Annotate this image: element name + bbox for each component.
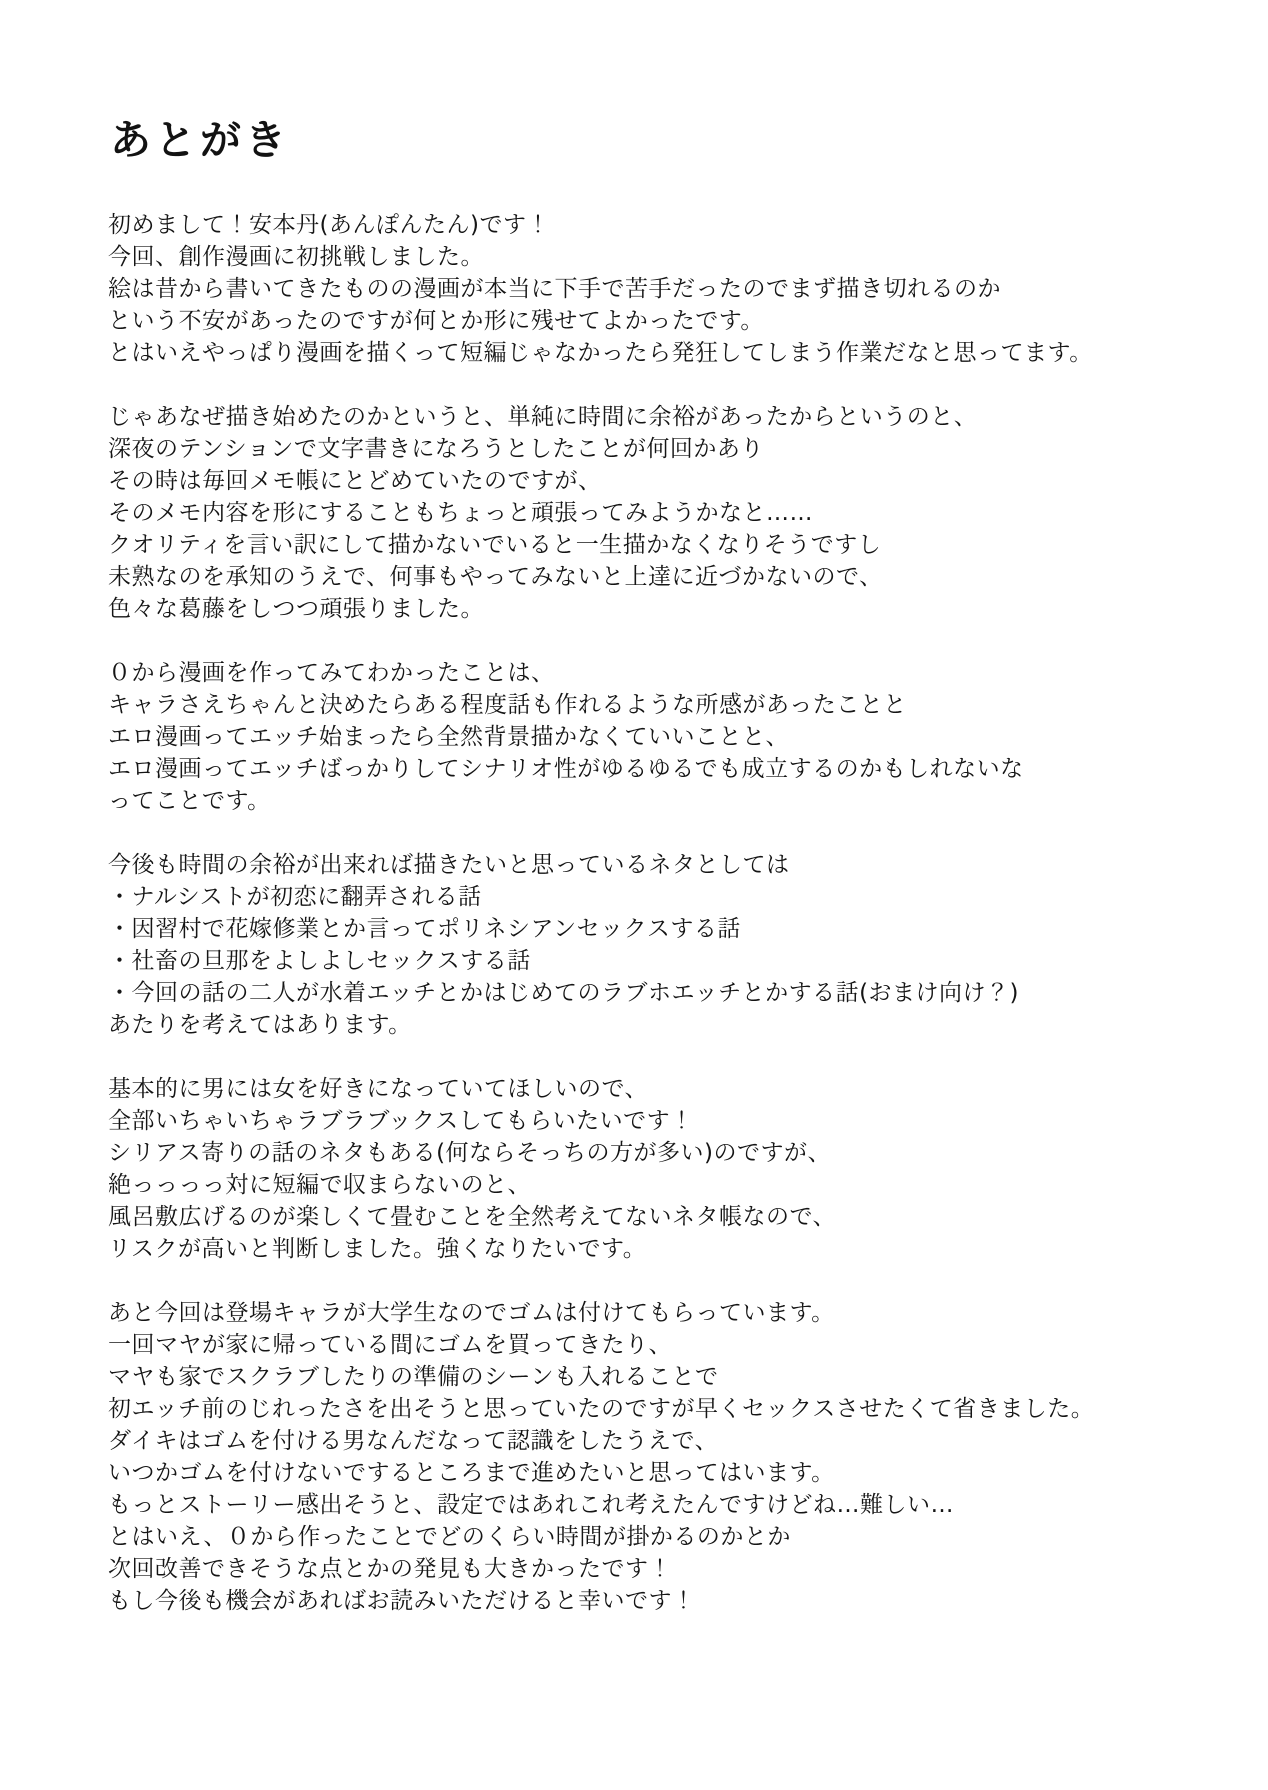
paragraph: 初めまして！安本丹(あんぽんたん)です！今回、創作漫画に初挑戦しました。絵は昔か… bbox=[108, 209, 1208, 369]
text-line: 絵は昔から書いてきたものの漫画が本当に下手で苦手だったのでまず描き切れるのか bbox=[108, 273, 1208, 305]
text-line: 絶っっっっ対に短編で収まらないのと、 bbox=[108, 1169, 1208, 1201]
text-line: 深夜のテンションで文字書きになろうとしたことが何回かあり bbox=[108, 433, 1208, 465]
text-line: 次回改善できそうな点とかの発見も大きかったです！ bbox=[108, 1553, 1208, 1585]
text-line: ・因習村で花嫁修業とか言ってポリネシアンセックスする話 bbox=[108, 913, 1208, 945]
paragraph: 基本的に男には女を好きになっていてほしいので、全部いちゃいちゃラブラブックスして… bbox=[108, 1073, 1208, 1265]
text-line: リスクが高いと判断しました。強くなりたいです。 bbox=[108, 1233, 1208, 1265]
text-line: 初エッチ前のじれったさを出そうと思っていたのですが早くセックスさせたくて省きまし… bbox=[108, 1393, 1208, 1425]
text-line: 一回マヤが家に帰っている間にゴムを買ってきたり、 bbox=[108, 1329, 1208, 1361]
text-line: とはいえ、０から作ったことでどのくらい時間が掛かるのかとか bbox=[108, 1521, 1208, 1553]
text-line: もし今後も機会があればお読みいただけると幸いです！ bbox=[108, 1585, 1208, 1617]
text-line: 全部いちゃいちゃラブラブックスしてもらいたいです！ bbox=[108, 1105, 1208, 1137]
paragraph: あと今回は登場キャラが大学生なのでゴムは付けてもらっています。一回マヤが家に帰っ… bbox=[108, 1297, 1208, 1617]
text-line: ・今回の話の二人が水着エッチとかはじめてのラブホエッチとかする話(おまけ向け？) bbox=[108, 977, 1208, 1009]
paragraph: じゃあなぜ描き始めたのかというと、単純に時間に余裕があったからというのと、深夜の… bbox=[108, 401, 1208, 625]
page-title: あとがき bbox=[110, 118, 1208, 163]
text-line: クオリティを言い訳にして描かないでいると一生描かなくなりそうですし bbox=[108, 529, 1208, 561]
afterword-page: あとがき 初めまして！安本丹(あんぽんたん)です！今回、創作漫画に初挑戦しました… bbox=[0, 0, 1268, 1790]
text-line: 風呂敷広げるのが楽しくて畳むことを全然考えてないネタ帳なので、 bbox=[108, 1201, 1208, 1233]
text-line: ダイキはゴムを付ける男なんだなって認識をしたうえで、 bbox=[108, 1425, 1208, 1457]
text-line: シリアス寄りの話のネタもある(何ならそっちの方が多い)のですが、 bbox=[108, 1137, 1208, 1169]
text-line: マヤも家でスクラブしたりの準備のシーンも入れることで bbox=[108, 1361, 1208, 1393]
text-line: 初めまして！安本丹(あんぽんたん)です！ bbox=[108, 209, 1208, 241]
text-line: いつかゴムを付けないでするところまで進めたいと思ってはいます。 bbox=[108, 1457, 1208, 1489]
text-line: 基本的に男には女を好きになっていてほしいので、 bbox=[108, 1073, 1208, 1105]
text-line: ・社畜の旦那をよしよしセックスする話 bbox=[108, 945, 1208, 977]
text-line: 今後も時間の余裕が出来れば描きたいと思っているネタとしては bbox=[108, 849, 1208, 881]
text-line: エロ漫画ってエッチばっかりしてシナリオ性がゆるゆるでも成立するのかもしれないな bbox=[108, 753, 1208, 785]
text-line: じゃあなぜ描き始めたのかというと、単純に時間に余裕があったからというのと、 bbox=[108, 401, 1208, 433]
text-line: という不安があったのですが何とか形に残せてよかったです。 bbox=[108, 305, 1208, 337]
text-line: ０から漫画を作ってみてわかったことは、 bbox=[108, 657, 1208, 689]
text-line: 未熟なのを承知のうえで、何事もやってみないと上達に近づかないので、 bbox=[108, 561, 1208, 593]
paragraph: 今後も時間の余裕が出来れば描きたいと思っているネタとしては・ナルシストが初恋に翻… bbox=[108, 849, 1208, 1041]
text-line: キャラさえちゃんと決めたらある程度話も作れるような所感があったことと bbox=[108, 689, 1208, 721]
text-line: 今回、創作漫画に初挑戦しました。 bbox=[108, 241, 1208, 273]
text-line: あと今回は登場キャラが大学生なのでゴムは付けてもらっています。 bbox=[108, 1297, 1208, 1329]
text-line: ・ナルシストが初恋に翻弄される話 bbox=[108, 881, 1208, 913]
text-line: 色々な葛藤をしつつ頑張りました。 bbox=[108, 593, 1208, 625]
text-line: とはいえやっぱり漫画を描くって短編じゃなかったら発狂してしまう作業だなと思ってま… bbox=[108, 337, 1208, 369]
text-line: その時は毎回メモ帳にとどめていたのですが、 bbox=[108, 465, 1208, 497]
text-line: あたりを考えてはあります。 bbox=[108, 1009, 1208, 1041]
text-line: そのメモ内容を形にすることもちょっと頑張ってみようかなと…… bbox=[108, 497, 1208, 529]
paragraph: ０から漫画を作ってみてわかったことは、キャラさえちゃんと決めたらある程度話も作れ… bbox=[108, 657, 1208, 817]
text-line: もっとストーリー感出そうと、設定ではあれこれ考えたんですけどね…難しい… bbox=[108, 1489, 1208, 1521]
text-line: エロ漫画ってエッチ始まったら全然背景描かなくていいことと、 bbox=[108, 721, 1208, 753]
afterword-body: 初めまして！安本丹(あんぽんたん)です！今回、創作漫画に初挑戦しました。絵は昔か… bbox=[108, 209, 1208, 1617]
text-line: ってことです。 bbox=[108, 785, 1208, 817]
